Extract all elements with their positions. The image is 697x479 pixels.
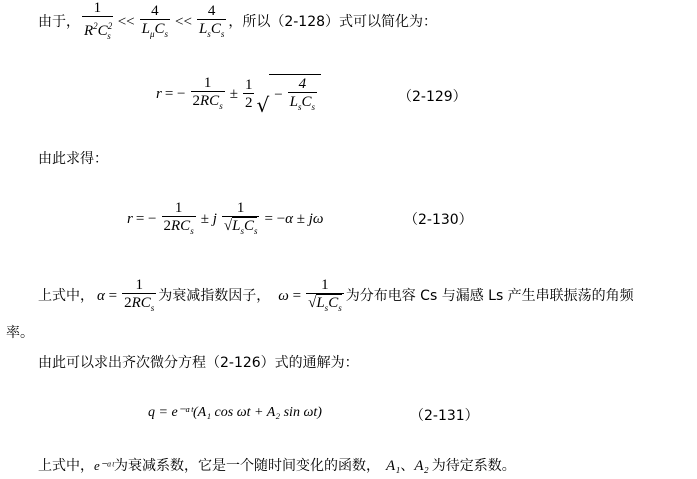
equation-2-130: r= − 1 2RCs ± j 1 √LsCs = −α ± jω — [127, 196, 327, 242]
general-solution-label: 由此可以求出齐次微分方程（2-126）式的通解为： — [38, 356, 359, 370]
intro-lead: 由于， — [38, 15, 80, 29]
much-less-than: << — [118, 14, 135, 31]
equation-2-129: r= − 1 2RCs ± 1 2 √ − 4 LsCs — [156, 72, 321, 116]
much-less-than: << — [175, 14, 192, 31]
derive-label: 由此求得： — [38, 152, 108, 166]
intro-tail: ，所以（2-128）式可以简化为： — [228, 15, 437, 29]
definition-wrap: 率。 — [6, 326, 34, 340]
intro-line: 由于， 1 R2C2s << 4 LμCs << 4 LsCs ，所以（2-12… — [38, 2, 437, 42]
equation-number-2-129: （2-129） — [398, 86, 467, 106]
fraction-2: 4 LμCs — [140, 3, 170, 42]
coefficient-line: 上式中， e⁻ᵅᵗ 为衰减系数，它是一个随时间变化的函数， A₁ 、 A₂ 为待… — [38, 456, 516, 476]
equation-2-131: q = e⁻ᵅᵗ(A₁ cos ωt + A₂ sin ωt) — [148, 404, 322, 421]
equation-number-2-131: （2-131） — [410, 405, 479, 425]
definition-line: 上式中， α = 1 2RCs 为衰减指数因子， ω = 1 √LsCs 为分布… — [38, 272, 634, 320]
fraction-3: 4 LsCs — [197, 3, 226, 42]
fraction-1: 1 R2C2s — [82, 0, 113, 44]
equation-number-2-130: （2-130） — [404, 209, 473, 229]
square-root: √ − 4 LsCs — [256, 74, 321, 115]
